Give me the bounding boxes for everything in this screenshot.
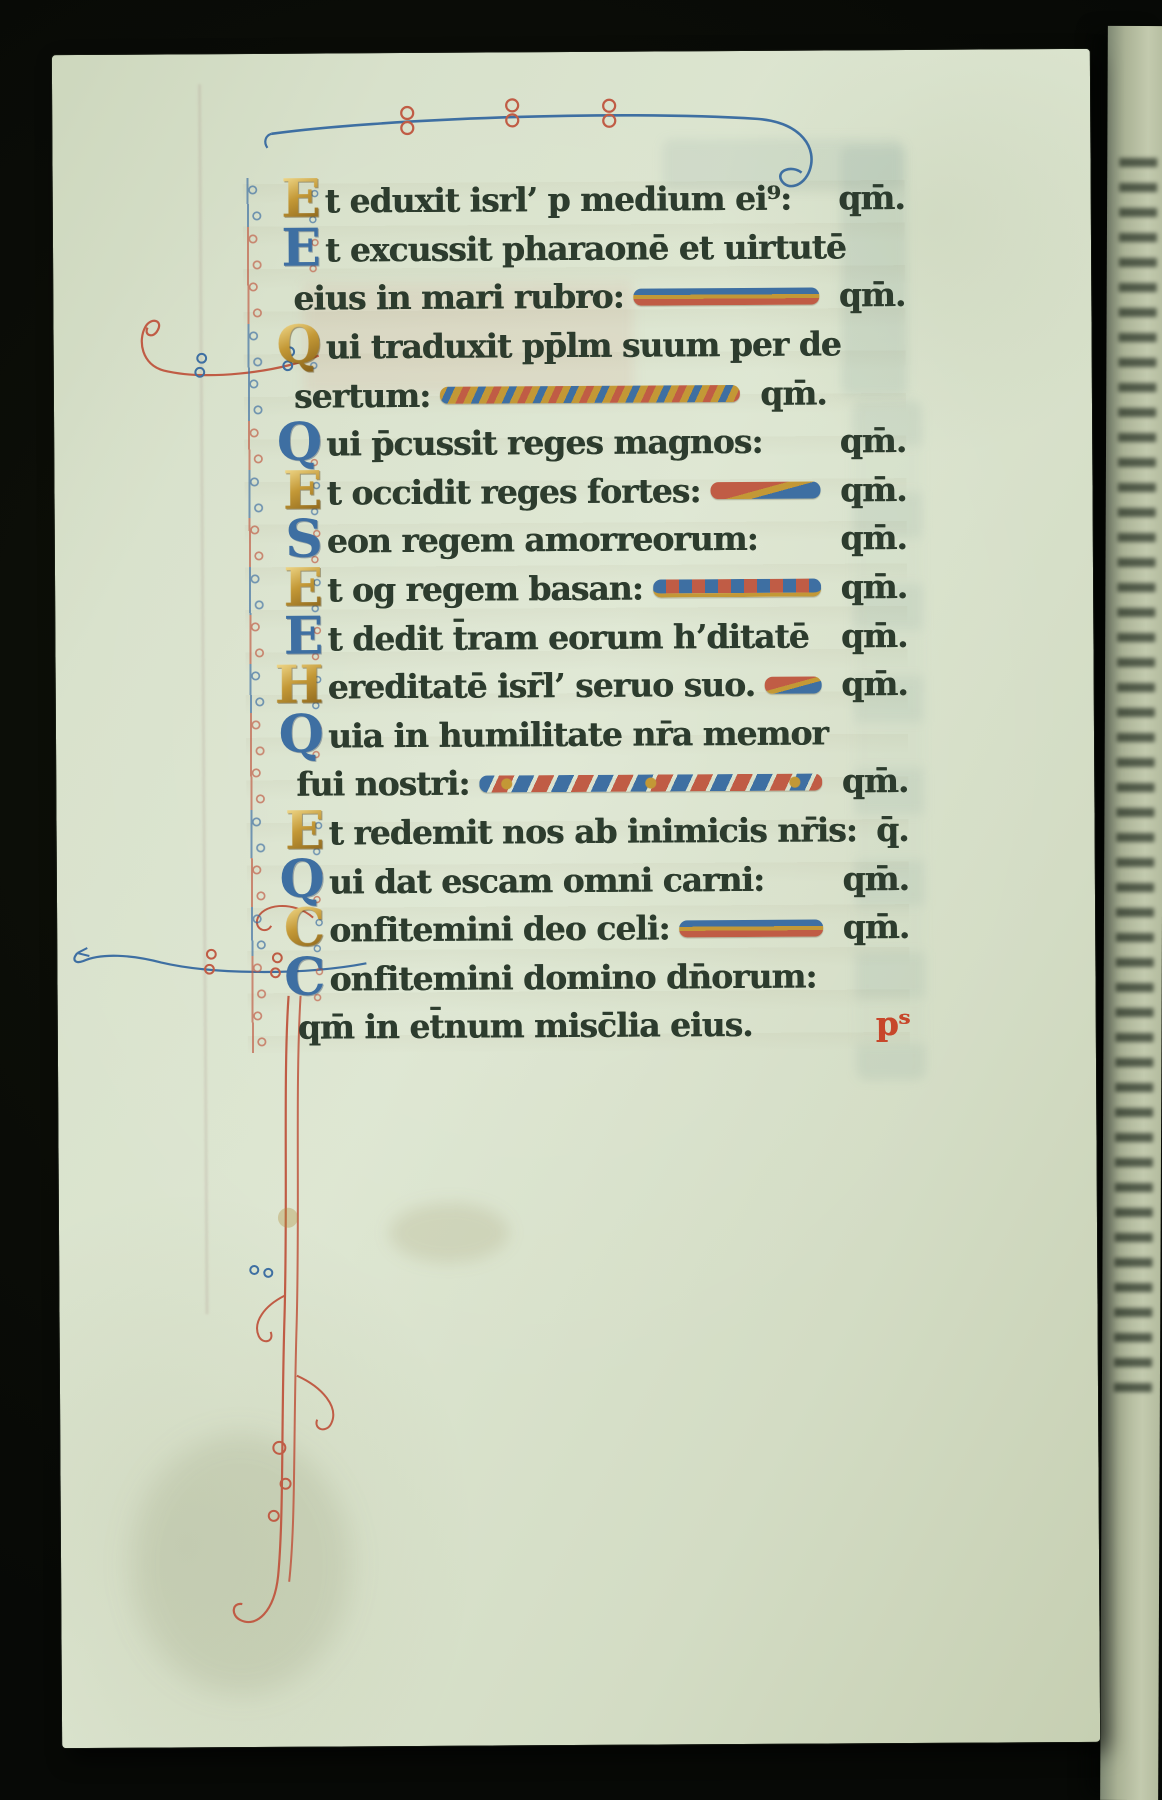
text-line: qm̄ in et̄num misc̄lia eius.pˢ <box>248 1000 910 1053</box>
text-line: Et og regem basan:qm̄. <box>245 563 907 616</box>
line-ending: qm̄. <box>842 757 909 805</box>
text-line: Et occidit reges fortes:qm̄. <box>244 466 906 519</box>
ruling-line-ghost <box>198 84 209 1314</box>
penwork-initial-cell: E <box>243 226 325 275</box>
manuscript-page: Et eduxit isrl’ p medium ei⁹:qm̄.Et excu… <box>52 49 1100 1748</box>
line-filler-ornament <box>765 676 821 693</box>
descender-flourish <box>223 995 432 1701</box>
line-ending: qm̄. <box>840 514 907 562</box>
penwork-initial-cell: Q <box>246 712 328 761</box>
line-ending: qm̄. <box>841 660 908 708</box>
line-text: onfitemini domino dn̄orum: <box>329 952 816 1003</box>
text-line: Et dedit t̄ram eorum h’ditatēqm̄. <box>245 611 907 664</box>
line-filler-ornament <box>634 287 819 305</box>
line-filler-ornament <box>710 482 820 500</box>
line-ending: qm̄. <box>843 903 910 951</box>
line-ending: qm̄. <box>839 271 906 319</box>
line-ending: qm̄. <box>760 369 827 417</box>
text-line: Et redemit nos ab inimicis nr̄is:q̄. <box>246 806 908 859</box>
text-line: fui nostri:qm̄. <box>246 757 908 810</box>
text-line: Qui dat escam omni carni:qm̄. <box>247 854 909 907</box>
illuminated-initial: C <box>284 951 326 1003</box>
line-ending: qm̄. <box>840 417 907 465</box>
text-line: Hereditatē isr̄l’ seruo suo.qm̄. <box>246 660 908 713</box>
penwork-initial-cell: Q <box>243 323 325 372</box>
text-line: sertum:qm̄. <box>244 368 906 421</box>
line-text: ui p̄cussit reges magnos: <box>326 418 763 469</box>
line-text: t excussit pharaonē et uirtutē <box>325 223 846 274</box>
blue-dot-pair <box>250 1266 272 1277</box>
line-ending: qm̄. <box>838 174 905 222</box>
red-ring-ornament <box>268 1442 290 1521</box>
text-block: Et eduxit isrl’ p medium ei⁹:qm̄.Et excu… <box>243 174 910 1053</box>
line-text: ui dat escam omni carni: <box>329 855 764 906</box>
illuminated-initial: Q <box>276 319 322 371</box>
line-text: qm̄ in et̄num misc̄lia eius. <box>298 1001 753 1052</box>
penwork-initial-cell: C <box>247 955 329 1004</box>
illuminated-initial: E <box>281 222 321 274</box>
text-line: Qui p̄cussit reges magnos:qm̄. <box>244 417 906 470</box>
line-text: eon regem amorreorum: <box>327 515 758 566</box>
line-filler-ornament <box>653 579 821 598</box>
rubric-mark: pˢ <box>876 1000 910 1048</box>
line-text: t eduxit isrl’ p medium ei⁹: <box>325 175 792 226</box>
text-line: Qui traduxit pp̄lm suum per de <box>243 320 905 373</box>
penwork-initial-cell <box>248 1004 298 1053</box>
text-line: eius in mari rubro:qm̄. <box>243 271 905 324</box>
line-filler-ornament <box>479 773 821 792</box>
line-text: onfitemini deo celi: <box>329 905 670 955</box>
line-filler-ornament <box>440 385 740 404</box>
line-text: uia in humilitate nr̄a memor <box>328 709 828 760</box>
parchment-stain <box>389 1202 509 1263</box>
text-line: Et excussit pharaonē et uirtutē <box>243 223 905 276</box>
line-text: t redemit nos ab inimicis nr̄is: <box>328 806 857 857</box>
text-line: Confitemini domino dn̄orum: <box>247 951 909 1004</box>
line-text: eius in mari rubro: <box>293 273 624 323</box>
parchment-stain <box>130 1433 352 1694</box>
adjacent-page-blurred-text <box>1114 158 1157 1398</box>
illuminated-initial: Q <box>279 708 325 760</box>
text-line: Quia in humilitate nr̄a memor <box>246 709 908 762</box>
line-text: t og regem basan: <box>327 565 643 615</box>
line-ending: q̄. <box>876 806 909 854</box>
line-text: ui traduxit pp̄lm suum per de <box>325 320 840 371</box>
line-ending: qm̄. <box>840 563 907 611</box>
adjacent-page-edge <box>1100 26 1162 1800</box>
text-line: Et eduxit isrl’ p medium ei⁹:qm̄. <box>243 174 905 227</box>
red-double-circle-ornament <box>401 99 615 134</box>
line-ending: qm̄. <box>842 855 909 903</box>
text-line: Seon regem amorreorum:qm̄. <box>245 514 907 567</box>
spacer <box>753 1025 866 1026</box>
line-ending: qm̄. <box>840 466 907 514</box>
line-text: t dedit t̄ram eorum h’ditatē <box>327 612 809 663</box>
line-text: t occidit reges fortes: <box>326 467 700 517</box>
text-line: Confitemini deo celi:qm̄. <box>247 903 909 956</box>
line-ending: qm̄. <box>841 612 908 660</box>
gold-stain <box>278 1208 298 1228</box>
line-text: ereditatē isr̄l’ seruo suo. <box>328 661 756 712</box>
line-filler-ornament <box>679 919 822 937</box>
